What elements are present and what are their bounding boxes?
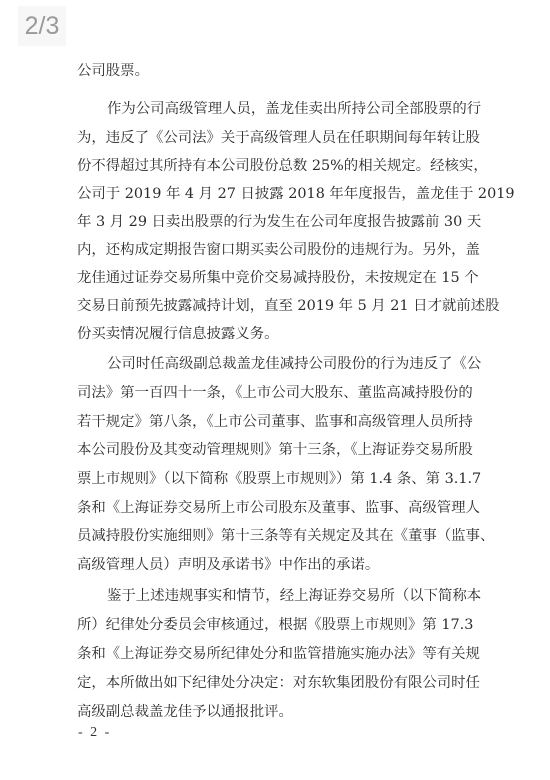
footer-page-number: - 2 - xyxy=(78,723,111,743)
paragraph-2-line-7: 高级管理人员）声明及承诺书》中作出的承诺。 xyxy=(77,554,471,576)
paragraph-2-line-6: 员减持股份实施细则》第十三条等有关规定及其在《董事（监事、 xyxy=(77,525,471,547)
paragraph-2-line-5: 条和《上海证券交易所上市公司股东及董事、监事、高级管理人 xyxy=(77,497,471,519)
paragraph-2-line-1: 司法》第一百四十一条，《上市公司大股东、董监高减持股份的 xyxy=(77,382,471,404)
paragraph-3-line-3: 定，本所做出如下纪律处分决定：对东软集团股份有限公司时任 xyxy=(77,672,471,694)
paragraph-2-line-0: 公司时任高级副总裁盖龙佳减持公司股份的行为违反了《公 xyxy=(107,353,471,375)
paragraph-2-line-2: 若干规定》第八条，《上市公司董事、监事和高级管理人员所持 xyxy=(77,411,471,433)
paragraph-1-line-4: 年 3 月 29 日卖出股票的行为发生在公司年度报告披露前 30 天 xyxy=(77,211,471,233)
page-indicator: 2/3 xyxy=(25,12,60,41)
paragraph-1-line-5: 内，还构成定期报告窗口期买卖公司股份的违规行为。另外，盖 xyxy=(77,239,471,261)
paragraph-1-line-6: 龙佳通过证券交易所集中竞价交易减持股份，未按规定在 15 个 xyxy=(77,267,471,289)
paragraph-3-line-2: 条和《上海证券交易所纪律处分和监管措施实施办法》等有关规 xyxy=(77,643,471,665)
page-indicator-badge: 2/3 xyxy=(18,6,66,46)
paragraph-1-line-7: 交易日前预先披露减持计划，直至 2019 年 5 月 21 日才就前述股 xyxy=(77,295,471,317)
paragraph-1-line-1: 为，违反了《公司法》关于高级管理人员在任职期间每年转让股 xyxy=(77,127,471,149)
paragraph-0-line-0: 公司股票。 xyxy=(77,60,471,82)
paragraph-1-line-3: 公司于 2019 年 4 月 27 日披露 2018 年年度报告，盖龙佳于 20… xyxy=(77,183,471,205)
paragraph-2-line-3: 本公司股份及其变动管理规则》第十三条，《上海证券交易所股 xyxy=(77,439,471,461)
paragraph-1-line-0: 作为公司高级管理人员，盖龙佳卖出所持公司全部股票的行 xyxy=(107,98,471,120)
paragraph-3-line-0: 鉴于上述违规事实和情节，经上海证券交易所（以下简称本 xyxy=(107,585,471,607)
paragraph-3-line-4: 高级副总裁盖龙佳予以通报批评。 xyxy=(77,701,471,723)
paragraph-1-line-2: 份不得超过其所持有本公司股份总数 25%的相关规定。经核实， xyxy=(77,155,471,177)
paragraph-2-line-4: 票上市规则》（以下简称《股票上市规则》）第 1.4 条、第 3.1.7 xyxy=(77,468,471,490)
paragraph-1-line-8: 份买卖情况履行信息披露义务。 xyxy=(77,323,471,345)
paragraph-3-line-1: 所）纪律处分委员会审核通过，根据《股票上市规则》第 17.3 xyxy=(77,614,471,636)
